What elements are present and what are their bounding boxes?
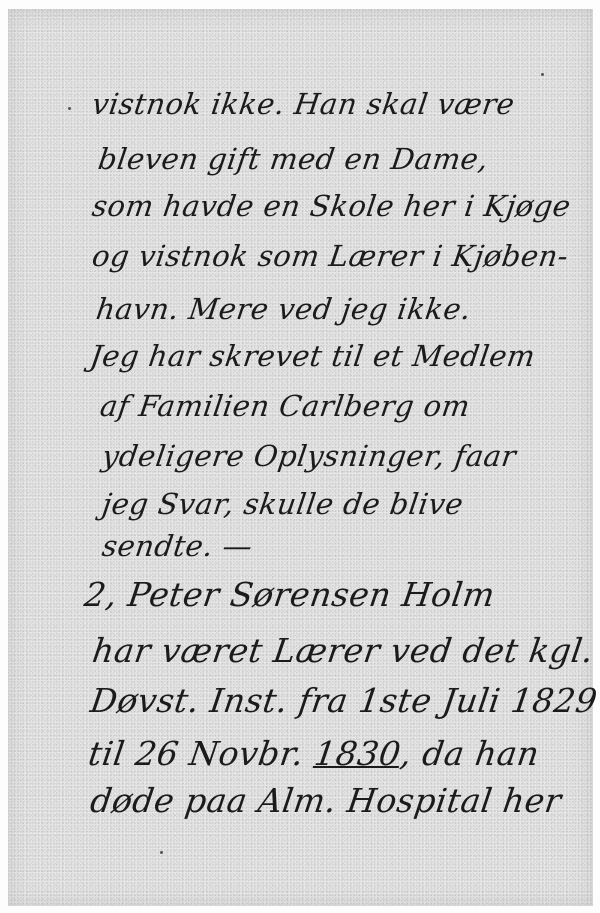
paper-speck	[68, 107, 71, 110]
text-line-2: bleven gift med en Dame,	[96, 142, 491, 176]
manuscript-page: vistnok ikke. Han skal være bleven gift …	[8, 9, 593, 906]
text-line-13: Døvst. Inst. fra 1ste Juli 1829	[88, 681, 600, 720]
text-line-6: Jeg har skrevet til et Medlem	[88, 339, 538, 373]
underlined-year: 1830	[312, 734, 403, 773]
text-line-10: sendte. —	[100, 529, 255, 563]
text-line-3: som havde en Skole her i Kjøge	[90, 189, 573, 223]
text-line-11-heading: 2, Peter Sørensen Holm	[82, 575, 497, 614]
text-line-4: og vistnok som Lærer i Kjøben-	[90, 239, 571, 273]
text-line-5: havn. Mere ved jeg ikke.	[94, 292, 473, 326]
text-line-9: jeg Svar, skulle de blive	[100, 487, 466, 521]
text-line-8: ydeligere Oplysninger, faar	[100, 439, 518, 473]
text-line-12: har været Lærer ved det kgl.	[90, 631, 596, 670]
text-line-1: vistnok ikke. Han skal være	[90, 87, 517, 121]
paper-speck	[160, 851, 163, 854]
text-line-7: af Familien Carlberg om	[98, 389, 472, 423]
text-segment: til 26 Novbr.	[86, 734, 317, 773]
text-line-14: til 26 Novbr. 1830, da han	[86, 734, 542, 773]
paper-speck	[541, 73, 544, 76]
text-segment: , da han	[398, 734, 542, 773]
text-line-15: døde paa Alm. Hospital her	[88, 781, 564, 820]
